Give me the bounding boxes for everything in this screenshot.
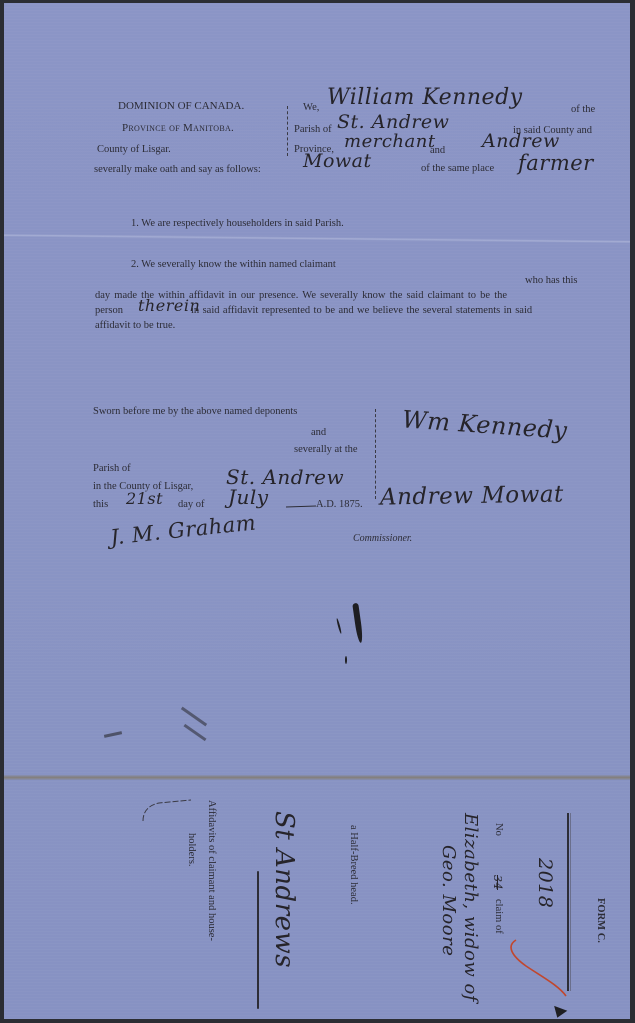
parish-annotation: St Andrews [269,811,299,968]
ink-smudge [183,724,206,741]
pencil-curl [139,793,194,823]
file-number: 2018 [534,858,556,908]
deponent-1-occupation: merchant [344,131,436,152]
clause-2-line-1: 2. We severally know the within named cl… [131,259,336,270]
jurat-flourish [286,505,316,507]
clause-2-line-5: affidavit to be true. [95,320,175,331]
province-heading: Province of Manitoba. [122,122,234,134]
header-brace [287,106,292,156]
claim-of-label: claim of [493,899,504,934]
ink-smudge [104,731,122,738]
jurat-month-value: July [228,485,269,509]
we-label: We, [303,102,319,113]
sworn-line: Sworn before me by the above named depon… [93,406,297,417]
clause-2-line-2: who has this [525,275,578,286]
deponent-1-name: William Kennedy [327,85,523,110]
claimant-name-line-2: Geo. Moore [438,845,459,956]
jurat-year: A.D. 1875. [316,499,363,510]
same-place-label: of the same place [421,163,494,174]
clause-2-person-label: person [95,305,123,316]
back-title-line-1: Affidavits of claimant and house- [206,800,217,941]
commissioner-label: Commissioner. [353,533,412,544]
number-label: No [493,823,504,836]
deponent-2-last-name: Mowat [303,150,372,172]
struck-number: 34 [491,875,504,890]
parish-of-label: Parish of [294,124,332,135]
signature-kennedy: Wm Kennedy [401,405,568,444]
oath-intro: severally make oath and say as follows: [94,164,261,175]
claimant-name-line-1: Elizabeth, widow of [460,813,481,1002]
ink-blot [352,603,364,643]
dominion-heading: DOMINION OF CANADA. [118,100,244,112]
parish-value: St. Andrew [337,111,449,133]
deponent-2-occupation: farmer [518,151,594,175]
parish-underline [257,871,259,1009]
commissioner-signature: J. M. Graham [109,510,257,549]
ink-dot [345,656,347,664]
and-label: and [430,145,445,156]
clause-1: 1. We are respectively householders in s… [131,218,344,229]
half-breed-label: a Half-Breed head. [348,825,359,905]
jurat-and: and [311,427,326,438]
fold-line [4,775,630,780]
corner-tab [551,1006,568,1020]
jurat-day-value: 21st [126,489,163,508]
of-the-label: of the [571,104,595,115]
county-heading: County of Lisgar. [97,144,171,155]
form-label: FORM C. [595,898,606,943]
deponent-2-first-name: Andrew [482,130,560,152]
signature-mowat: Andrew Mowat [380,481,564,510]
back-title-line-2: holders. [186,833,197,867]
red-pencil-mark [504,938,574,998]
document-page: DOMINION OF CANADA. Province of Manitoba… [4,3,630,1019]
paper-crease [4,234,630,244]
jurat-parish-of: Parish of [93,463,131,474]
clause-2-line-4: in said affidavit represented to be and … [191,305,532,316]
ink-stroke [336,618,342,634]
jurat-day-of: day of [178,499,205,510]
jurat-this: this [93,499,108,510]
severally-at: severally at the [294,444,358,455]
